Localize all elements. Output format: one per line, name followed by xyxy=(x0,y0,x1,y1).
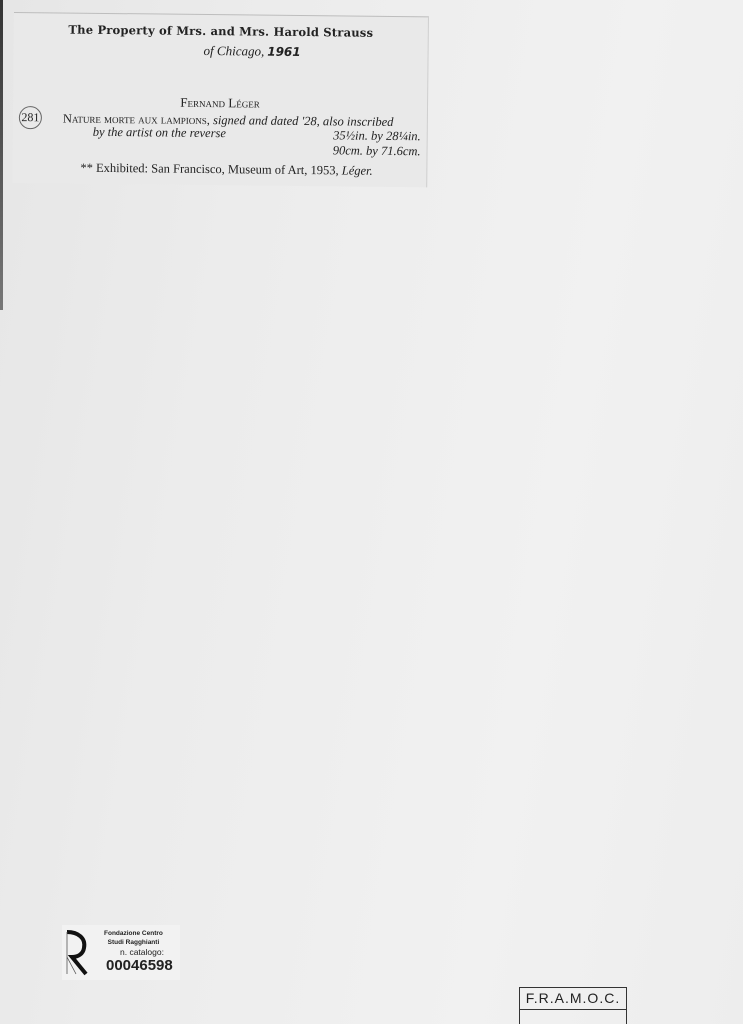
catalogue-clipping: The Property of Mrs. and Mrs. Harold Str… xyxy=(12,12,429,187)
exhibition-line: ** Exhibited: San Francisco, Museum of A… xyxy=(80,161,372,179)
handwritten-year: 1961 xyxy=(267,45,301,59)
asterisk-mark: ** xyxy=(80,161,93,175)
dimensions-inches: 35½in. by 28¼in. xyxy=(333,128,421,144)
scan-edge xyxy=(0,0,3,310)
institution-name: Fondazione CentroStudi Ragghianti xyxy=(104,929,163,947)
catalog-number: 00046598 xyxy=(106,957,173,974)
provenance-city: of Chicago,1961 xyxy=(204,43,301,60)
artist-name: Fernand Léger xyxy=(13,93,427,113)
provenance-line: The Property of Mrs. and Mrs. Harold Str… xyxy=(14,22,428,40)
framoc-label: F.R.A.M.O.C. xyxy=(520,988,626,1010)
dimensions-cm: 90cm. by 71.6cm. xyxy=(333,143,421,159)
lot-number-circled: 281 xyxy=(19,106,42,129)
artwork-description-cont: by the artist on the reverse xyxy=(93,125,226,141)
artwork-description: signed and dated '28, also inscribed xyxy=(213,113,394,129)
framoc-stamp: F.R.A.M.O.C. xyxy=(519,987,627,1024)
archive-stamp: Fondazione CentroStudi Ragghianti n. cat… xyxy=(62,925,180,980)
ragghianti-logo-icon xyxy=(64,930,88,976)
catalog-label: n. catalogo: xyxy=(120,947,164,957)
